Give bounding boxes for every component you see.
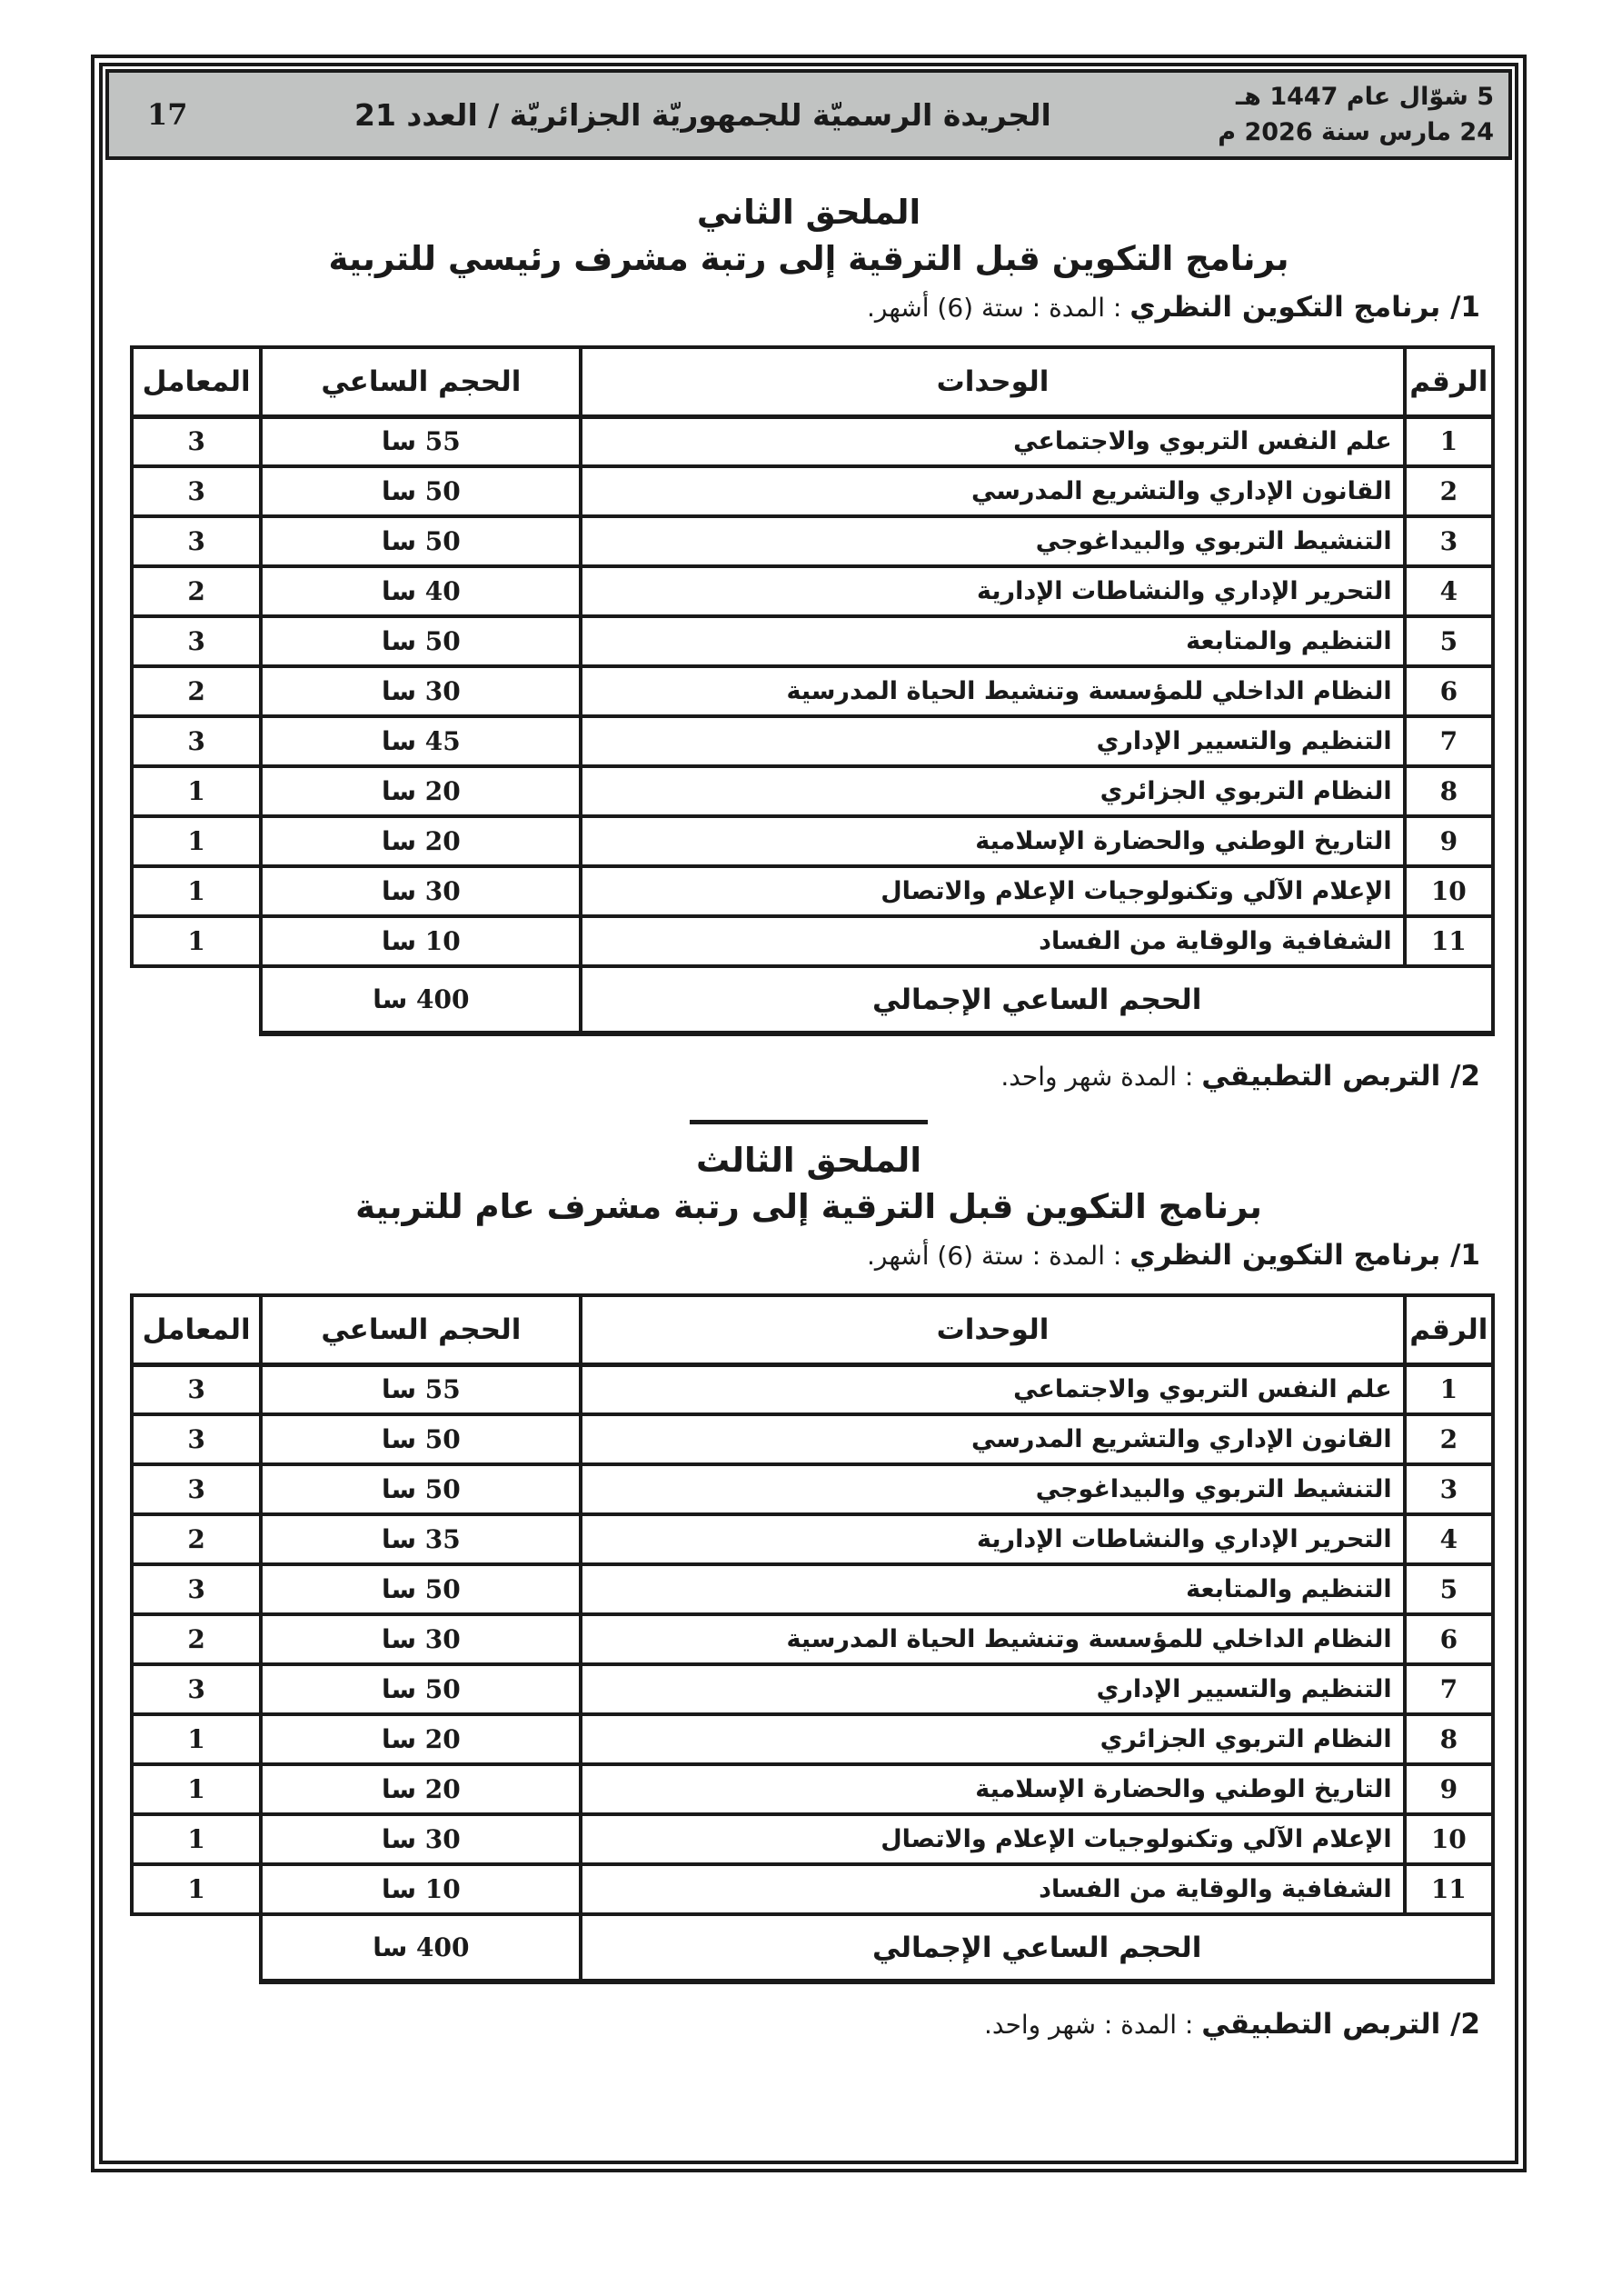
header-band: 5 شوّال عام 1447 هـ 24 مارس سنة 2026 م ا…	[105, 69, 1512, 160]
training-table: الرقم الوحدات الحجم الساعي المعامل 1علم …	[130, 345, 1495, 1036]
cell-coef: 2	[132, 1614, 261, 1664]
table-row: 2القانون الإداري والتشريع المدرسي50 سا3	[132, 1414, 1493, 1464]
total-hours-cell: 400 سا	[261, 966, 581, 1033]
cell-hours: 30 سا	[261, 1814, 581, 1864]
total-row: الحجم الساعي الإجمالي 400 سا	[132, 1914, 1493, 1982]
cell-coef: 3	[132, 1664, 261, 1714]
page-frame: 5 شوّال عام 1447 هـ 24 مارس سنة 2026 م ا…	[91, 55, 1527, 2172]
journal-title: الجريدة الرسميّة للجمهوريّة الجزائريّة /…	[188, 97, 1219, 133]
cell-coef: 1	[132, 1814, 261, 1864]
table-row: 3التنشيط التربوي والبيداغوجي50 سا3	[132, 516, 1493, 566]
cell-num: 5	[1405, 616, 1493, 666]
cell-coef: 1	[132, 1864, 261, 1914]
cell-coef: 3	[132, 716, 261, 766]
cell-coef: 1	[132, 766, 261, 816]
cell-coef: 3	[132, 516, 261, 566]
col-header-hours: الحجم الساعي	[261, 347, 581, 416]
cell-unit: القانون الإداري والتشريع المدرسي	[581, 1414, 1404, 1464]
cell-unit: الإعلام الآلي وتكنولوجيات الإعلام والاتص…	[581, 1814, 1404, 1864]
cell-hours: 20 سا	[261, 766, 581, 816]
table-header-row: الرقم الوحدات الحجم الساعي المعامل	[132, 347, 1493, 416]
cell-coef: 2	[132, 1514, 261, 1564]
table-row: 5التنظيم والمتابعة50 سا3	[132, 616, 1493, 666]
cell-num: 2	[1405, 466, 1493, 516]
internship-line: 2/ التربص التطبيقي : المدة شهر واحد.	[103, 1060, 1480, 1093]
cell-coef: 1	[132, 866, 261, 916]
internship-label: 2/ التربص التطبيقي	[1201, 2008, 1480, 2041]
theory-line: 1/ برنامج التكوين النظري : المدة : ستة (…	[103, 291, 1480, 324]
table-row: 6النظام الداخلي للمؤسسة وتنشيط الحياة ال…	[132, 666, 1493, 716]
total-empty-cell	[132, 1914, 261, 1982]
cell-coef: 1	[132, 816, 261, 866]
table-header-row: الرقم الوحدات الحجم الساعي المعامل	[132, 1295, 1493, 1364]
cell-hours: 10 سا	[261, 1864, 581, 1914]
section-separator	[690, 1120, 928, 1124]
cell-hours: 30 سا	[261, 866, 581, 916]
header-dates: 5 شوّال عام 1447 هـ 24 مارس سنة 2026 م	[1218, 79, 1508, 150]
cell-hours: 45 سا	[261, 716, 581, 766]
cell-coef: 3	[132, 1564, 261, 1614]
cell-hours: 50 سا	[261, 616, 581, 666]
cell-num: 3	[1405, 516, 1493, 566]
col-header-num: الرقم	[1405, 1295, 1493, 1364]
total-hours-cell: 400 سا	[261, 1914, 581, 1982]
cell-unit: التحرير الإداري والنشاطات الإدارية	[581, 1514, 1404, 1564]
program-title: برنامج التكوين قبل الترقية إلى رتبة مشرف…	[103, 239, 1515, 278]
cell-coef: 3	[132, 616, 261, 666]
col-header-units: الوحدات	[581, 347, 1404, 416]
annex-title: الملحق الثاني	[103, 193, 1515, 232]
cell-hours: 50 سا	[261, 1464, 581, 1514]
cell-num: 9	[1405, 1764, 1493, 1814]
section-annex-2: الملحق الثاني برنامج التكوين قبل الترقية…	[103, 193, 1515, 1093]
cell-coef: 2	[132, 566, 261, 616]
cell-hours: 20 سا	[261, 1714, 581, 1764]
cell-unit: النظام التربوي الجزائري	[581, 766, 1404, 816]
table-row: 8النظام التربوي الجزائري20 سا1	[132, 766, 1493, 816]
table-row: 10الإعلام الآلي وتكنولوجيات الإعلام والا…	[132, 1814, 1493, 1864]
cell-hours: 50 سا	[261, 1564, 581, 1614]
internship-rest: : المدة : شهر واحد.	[984, 2010, 1201, 2040]
col-header-coef: المعامل	[132, 1295, 261, 1364]
cell-coef: 3	[132, 1364, 261, 1414]
theory-label: 1/ برنامج التكوين النظري	[1129, 291, 1480, 324]
theory-label: 1/ برنامج التكوين النظري	[1129, 1239, 1480, 1272]
cell-hours: 40 سا	[261, 566, 581, 616]
table-row: 4التحرير الإداري والنشاطات الإدارية35 سا…	[132, 1514, 1493, 1564]
internship-label: 2/ التربص التطبيقي	[1201, 1060, 1480, 1093]
program-title: برنامج التكوين قبل الترقية إلى رتبة مشرف…	[103, 1187, 1515, 1226]
cell-hours: 10 سا	[261, 916, 581, 966]
cell-unit: التنشيط التربوي والبيداغوجي	[581, 516, 1404, 566]
cell-unit: التاريخ الوطني والحضارة الإسلامية	[581, 1764, 1404, 1814]
table-row: 9التاريخ الوطني والحضارة الإسلامية20 سا1	[132, 1764, 1493, 1814]
cell-coef: 1	[132, 916, 261, 966]
internship-line: 2/ التربص التطبيقي : المدة : شهر واحد.	[103, 2008, 1480, 2041]
col-header-hours: الحجم الساعي	[261, 1295, 581, 1364]
cell-hours: 50 سا	[261, 1664, 581, 1714]
cell-unit: علم النفس التربوي والاجتماعي	[581, 1364, 1404, 1414]
total-empty-cell	[132, 966, 261, 1033]
cell-unit: التنظيم والتسيير الإداري	[581, 716, 1404, 766]
table-row: 4التحرير الإداري والنشاطات الإدارية40 سا…	[132, 566, 1493, 616]
cell-num: 10	[1405, 866, 1493, 916]
cell-num: 9	[1405, 816, 1493, 866]
cell-unit: الشفافية والوقاية من الفساد	[581, 1864, 1404, 1914]
table-row: 1علم النفس التربوي والاجتماعي55 سا3	[132, 1364, 1493, 1414]
cell-coef: 2	[132, 666, 261, 716]
theory-rest: : المدة : ستة (6) أشهر.	[867, 293, 1129, 323]
cell-unit: التنظيم والتسيير الإداري	[581, 1664, 1404, 1714]
cell-unit: التنظيم والمتابعة	[581, 1564, 1404, 1614]
col-header-coef: المعامل	[132, 347, 261, 416]
cell-num: 8	[1405, 766, 1493, 816]
cell-coef: 1	[132, 1764, 261, 1814]
cell-num: 7	[1405, 716, 1493, 766]
cell-unit: النظام الداخلي للمؤسسة وتنشيط الحياة الم…	[581, 666, 1404, 716]
col-header-num: الرقم	[1405, 347, 1493, 416]
cell-coef: 3	[132, 466, 261, 516]
cell-hours: 55 سا	[261, 1364, 581, 1414]
annex-title: الملحق الثالث	[103, 1141, 1515, 1180]
table-row: 10الإعلام الآلي وتكنولوجيات الإعلام والا…	[132, 866, 1493, 916]
theory-line: 1/ برنامج التكوين النظري : المدة : ستة (…	[103, 1239, 1480, 1272]
table-row: 2القانون الإداري والتشريع المدرسي50 سا3	[132, 466, 1493, 516]
total-label-cell: الحجم الساعي الإجمالي	[581, 966, 1493, 1033]
cell-unit: التنشيط التربوي والبيداغوجي	[581, 1464, 1404, 1514]
table-row: 6النظام الداخلي للمؤسسة وتنشيط الحياة ال…	[132, 1614, 1493, 1664]
table-row: 5التنظيم والمتابعة50 سا3	[132, 1564, 1493, 1614]
table-row: 8النظام التربوي الجزائري20 سا1	[132, 1714, 1493, 1764]
cell-hours: 30 سا	[261, 1614, 581, 1664]
internship-rest: : المدة شهر واحد.	[1000, 1062, 1201, 1092]
cell-hours: 30 سا	[261, 666, 581, 716]
cell-hours: 20 سا	[261, 1764, 581, 1814]
cell-hours: 35 سا	[261, 1514, 581, 1564]
cell-num: 1	[1405, 416, 1493, 466]
date-hijri: 5 شوّال عام 1447 هـ	[1218, 79, 1494, 115]
cell-num: 2	[1405, 1414, 1493, 1464]
cell-hours: 50 سا	[261, 466, 581, 516]
total-row: الحجم الساعي الإجمالي 400 سا	[132, 966, 1493, 1033]
table-row: 7التنظيم والتسيير الإداري45 سا3	[132, 716, 1493, 766]
cell-coef: 1	[132, 1714, 261, 1764]
cell-num: 4	[1405, 1514, 1493, 1564]
cell-unit: التحرير الإداري والنشاطات الإدارية	[581, 566, 1404, 616]
cell-num: 5	[1405, 1564, 1493, 1614]
date-gregorian: 24 مارس سنة 2026 م	[1218, 115, 1494, 150]
cell-num: 1	[1405, 1364, 1493, 1414]
cell-unit: علم النفس التربوي والاجتماعي	[581, 416, 1404, 466]
cell-coef: 3	[132, 1464, 261, 1514]
table-row: 3التنشيط التربوي والبيداغوجي50 سا3	[132, 1464, 1493, 1514]
table-row: 9التاريخ الوطني والحضارة الإسلامية20 سا1	[132, 816, 1493, 866]
cell-unit: النظام الداخلي للمؤسسة وتنشيط الحياة الم…	[581, 1614, 1404, 1664]
cell-coef: 3	[132, 1414, 261, 1464]
cell-num: 7	[1405, 1664, 1493, 1714]
cell-hours: 55 سا	[261, 416, 581, 466]
theory-rest: : المدة : ستة (6) أشهر.	[867, 1241, 1129, 1271]
table-row: 11الشفافية والوقاية من الفساد10 سا1	[132, 916, 1493, 966]
cell-unit: الشفافية والوقاية من الفساد	[581, 916, 1404, 966]
cell-unit: القانون الإداري والتشريع المدرسي	[581, 466, 1404, 516]
cell-unit: التاريخ الوطني والحضارة الإسلامية	[581, 816, 1404, 866]
cell-num: 4	[1405, 566, 1493, 616]
cell-hours: 50 سا	[261, 1414, 581, 1464]
cell-num: 11	[1405, 916, 1493, 966]
cell-unit: النظام التربوي الجزائري	[581, 1714, 1404, 1764]
cell-num: 10	[1405, 1814, 1493, 1864]
cell-num: 6	[1405, 1614, 1493, 1664]
total-label-cell: الحجم الساعي الإجمالي	[581, 1914, 1493, 1982]
section-annex-3: الملحق الثالث برنامج التكوين قبل الترقية…	[103, 1141, 1515, 2041]
table-row: 1علم النفس التربوي والاجتماعي55 سا3	[132, 416, 1493, 466]
cell-num: 8	[1405, 1714, 1493, 1764]
cell-coef: 3	[132, 416, 261, 466]
cell-num: 3	[1405, 1464, 1493, 1514]
cell-num: 6	[1405, 666, 1493, 716]
table-row: 7التنظيم والتسيير الإداري50 سا3	[132, 1664, 1493, 1714]
cell-hours: 50 سا	[261, 516, 581, 566]
cell-unit: التنظيم والمتابعة	[581, 616, 1404, 666]
page-number: 17	[109, 97, 188, 132]
table-row: 11الشفافية والوقاية من الفساد10 سا1	[132, 1864, 1493, 1914]
training-table: الرقم الوحدات الحجم الساعي المعامل 1علم …	[130, 1293, 1495, 1984]
cell-unit: الإعلام الآلي وتكنولوجيات الإعلام والاتص…	[581, 866, 1404, 916]
col-header-units: الوحدات	[581, 1295, 1404, 1364]
cell-hours: 20 سا	[261, 816, 581, 866]
cell-num: 11	[1405, 1864, 1493, 1914]
